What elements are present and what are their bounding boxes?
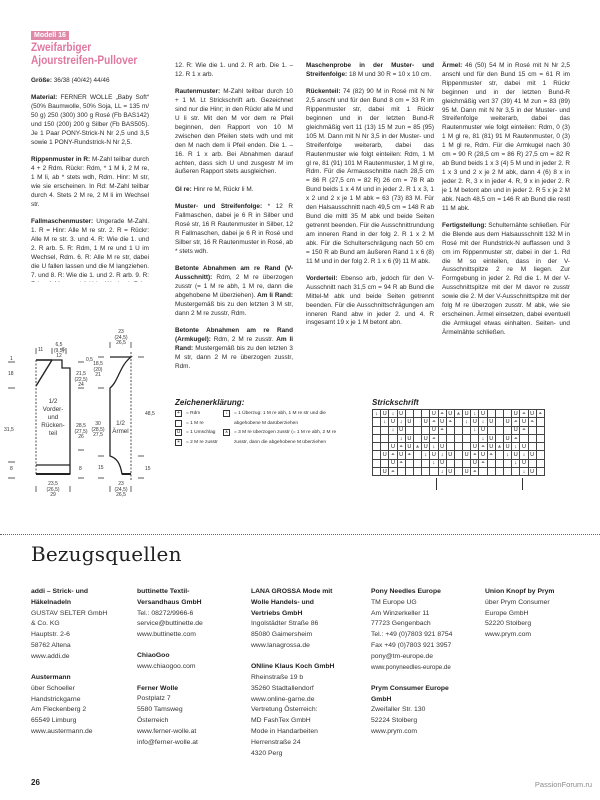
chart-cell (536, 426, 544, 434)
chart-cell (405, 459, 413, 467)
chart-cell: U (520, 418, 528, 426)
chart-cell (528, 434, 536, 442)
chart-cell (446, 434, 454, 442)
dim-body-length: 31,5 (4, 428, 14, 434)
chart-cell (413, 426, 421, 434)
section-sleeve: Ärmel: 46 (50) 54 M in Rosé mit N Nr 2,5… (442, 62, 570, 213)
chart-cell (373, 451, 381, 459)
chart-cell: ↓ (471, 426, 479, 434)
chart-cell (487, 459, 495, 467)
chart-cell: U (397, 426, 405, 434)
chart-cell (487, 468, 495, 476)
legend-item: = 1 M re (175, 419, 204, 429)
chart-cell (397, 468, 405, 476)
chart-cell (536, 451, 544, 459)
chart-row: U⩡U⩚U↓UU⩡U⩚U↓U (373, 443, 545, 451)
chart-cell (495, 459, 503, 467)
section-front: Vorderteil: Ebenso arb, jedoch für den V… (306, 275, 434, 328)
dim-cap: 18,5(20)21 (90, 362, 106, 379)
supplier-entry: Ferner WollePostplatz 75580 TamswegÖster… (137, 684, 247, 749)
chart-cell (381, 459, 389, 467)
chart-cell (381, 434, 389, 442)
section-stripe-sequence: Muster- und Streifenfolge: * 12 R Fallma… (175, 203, 293, 256)
chart-cell (405, 426, 413, 434)
section-stockinette: Gl re: Hinr re M, Rückr li M. (175, 186, 293, 195)
legend-item: ⩡= 2 M re zusstr (175, 438, 218, 448)
repeat-arrow-left (522, 478, 523, 490)
chart-cell: U (381, 468, 389, 476)
chart-cell: U (438, 459, 446, 467)
supplier-email[interactable]: info@ferner-wolle.at (137, 739, 198, 746)
chart-cell (512, 468, 520, 476)
dim-neck-half: 6 (62, 348, 65, 354)
legend-item: ↓= 1 Überzug: 1 M re abh, 1 M re str und… (223, 409, 343, 428)
chart-cell (463, 434, 471, 442)
chart-cell (495, 418, 503, 426)
suppliers-title: Bezugsquellen (31, 542, 182, 566)
chart-cell: ⩡ (512, 434, 520, 442)
chart-cell (413, 451, 421, 459)
chart-cell: ↓ (512, 443, 520, 451)
chart-cell (381, 426, 389, 434)
chart-cell (454, 468, 462, 476)
supplier-column-5: Union Knopf by Prymüber Prym ConsumerEur… (485, 587, 595, 651)
supplier-link[interactable]: www.austermann.de (31, 728, 93, 735)
dim-shoulder-drop: 1 (10, 357, 13, 363)
chart-cell: U (438, 418, 446, 426)
chart-cell (454, 426, 462, 434)
supplier-link[interactable]: www.addi.de (31, 653, 70, 660)
chart-cell (422, 468, 430, 476)
chart-cell: U (504, 443, 512, 451)
dim-cuff-right: 15 (145, 467, 151, 473)
chart-cell (536, 459, 544, 467)
chart-cell (528, 459, 536, 467)
chart-cell: ⩡ (536, 410, 544, 418)
chart-cell: U (389, 459, 397, 467)
chart-cell: U (397, 410, 405, 418)
chart-cell: U (487, 434, 495, 442)
chart-cell: U (381, 410, 389, 418)
chart-cell (373, 468, 381, 476)
chart-cell: ⩡ (438, 410, 446, 418)
dim-v-depth: 18 (8, 372, 14, 378)
chart-cell (413, 468, 421, 476)
supplier-link[interactable]: www.ponyneedles-europe.de (371, 664, 451, 671)
chart-cell: ⩡ (430, 418, 438, 426)
chart-cell: U (463, 410, 471, 418)
chart-cell (463, 426, 471, 434)
section-finishing: Fertigstellung: Schulternähte schließen.… (442, 222, 570, 338)
chart-cell: U (446, 410, 454, 418)
chart-cell: ⩡ (520, 410, 528, 418)
model-tag: Modell 16 (31, 31, 69, 40)
chart-cell (504, 459, 512, 467)
supplier-entry: addi – Strick- undHäkelnadelnGUSTAV SELT… (31, 587, 141, 663)
chart-cell: ↓ (397, 418, 405, 426)
text-column-4: Ärmel: 46 (50) 54 M in Rosé mit N Nr 2,5… (442, 62, 570, 346)
chart-cell (504, 468, 512, 476)
text-column-2: 12. R: Wie die 1. und 2. R arb. Die 1. –… (175, 62, 293, 380)
chart-row: ↓UU⩡↓UU⩡ (373, 434, 545, 442)
chart-cell (471, 434, 479, 442)
supplier-entry: LANA GROSSA Mode mitWolle Handels- undVe… (251, 587, 371, 652)
repeat-arrow-right (436, 478, 437, 490)
supplier-link[interactable]: www.online-garne.de (251, 696, 314, 703)
symbol-legend: Zeichenerklärung: += Rdm = 1 M re U= 1 U… (175, 398, 365, 449)
chart-cell (495, 468, 503, 476)
dim-sleeve-width: 23(24,5)26,5 (112, 482, 130, 499)
chart-cell (405, 468, 413, 476)
chart-cell (495, 410, 503, 418)
chart-cell: U (479, 426, 487, 434)
text-column-1: Modell 16 Zweifarbiger Ajourstreifen-Pul… (31, 0, 149, 291)
chart-cell (413, 434, 421, 442)
chart-cell: ⩡ (528, 418, 536, 426)
chart-cell (463, 443, 471, 451)
chart-cell (438, 434, 446, 442)
chart-cell: U (405, 434, 413, 442)
chart-cell (463, 459, 471, 467)
section-divider (0, 534, 600, 535)
supplier-column-3: LANA GROSSA Mode mitWolle Handels- undVe… (251, 587, 371, 770)
chart-cell: U (438, 443, 446, 451)
chart-cell (504, 410, 512, 418)
page-number: 26 (31, 778, 40, 787)
supplier-link[interactable]: www.prym.com (371, 728, 417, 735)
chart-cell: U (430, 451, 438, 459)
chart-cell (504, 426, 512, 434)
chart-cell (454, 434, 462, 442)
chart-cell: ↓ (463, 418, 471, 426)
chart-row: ↓UU⩡↓UU⩡ (373, 426, 545, 434)
chart-cell: ↓ (438, 451, 446, 459)
chart-cell (405, 410, 413, 418)
supplier-column-2: buttinette Textil-Versandhaus GmbHTel.: … (137, 587, 247, 759)
chart-cell: U (422, 418, 430, 426)
chart-cell: U (512, 410, 520, 418)
dim-rib-right: 8 (79, 467, 82, 473)
chart-cell: U (528, 410, 536, 418)
chart-cell: U (446, 451, 454, 459)
chart-cell: U (463, 451, 471, 459)
chart-cell: U (512, 451, 520, 459)
chart-cell (487, 426, 495, 434)
chart-row: U⩡↓UU⩡↓U (373, 459, 545, 467)
chart-cell: U (446, 468, 454, 476)
chart-cell: ↓ (512, 459, 520, 467)
chart-cell (422, 459, 430, 467)
chart-cell: ⩡ (471, 468, 479, 476)
chart-cell: ↓ (389, 426, 397, 434)
chart-cell (373, 443, 381, 451)
text-column-3: Maschenprobe in der Muster- und Streifen… (306, 62, 434, 337)
chart-cell (413, 418, 421, 426)
dim-armhole: 21,5(22,5)24 (72, 372, 90, 389)
chart-cell (520, 434, 528, 442)
chart-cell (536, 434, 544, 442)
chart-row: U⩡U⩡↓U↓UU⩡U⩡↓U↓U (373, 451, 545, 459)
chart-cell (536, 443, 544, 451)
chart-cell: U (405, 418, 413, 426)
chart-cell: U (422, 443, 430, 451)
chart-cell: U (471, 418, 479, 426)
chart-cell: ↓ (373, 410, 381, 418)
chart-cell (454, 451, 462, 459)
supplier-entry: Union Knopf by Prymüber Prym ConsumerEur… (485, 587, 595, 641)
chart-cell: U (422, 434, 430, 442)
chart-cell: U (471, 443, 479, 451)
supplier-link[interactable]: www.chiaogoo.com (137, 663, 196, 670)
knit-symbol-icon (175, 420, 182, 427)
legend-item: ⩚= 3 M re überzogen zusstr (= 1 M re abh… (223, 428, 343, 447)
chart-cell: ⩚ (495, 443, 503, 451)
chart-row: ↓U↓UU⩡U⩡↓U↓UU⩡U⩡ (373, 418, 545, 426)
chart-grid: ↓U↓UU⩡U⩚U↓UU⩡U⩡↓U↓UU⩡U⩡↓U↓UU⩡U⩡↓UU⩡↓UU⩡↓… (372, 409, 545, 476)
chart-row: U⩡↓UU⩡↓U (373, 468, 545, 476)
chart-row: ↓U↓UU⩡U⩚U↓UU⩡U⩡ (373, 410, 545, 418)
chart-cell: U (520, 443, 528, 451)
chart-cell: ⩡ (389, 451, 397, 459)
chart-cell: ↓ (397, 434, 405, 442)
chart-cell: U (389, 418, 397, 426)
chart-cell: ↓ (479, 418, 487, 426)
legend-item: += Rdm (175, 409, 200, 419)
supplier-column-1: addi – Strick- undHäkelnadelnGUSTAV SELT… (31, 587, 141, 748)
section-diamond-pattern: Rautenmuster: M-Zahl teilbar durch 10 + … (175, 88, 293, 177)
chart-cell: U (430, 426, 438, 434)
chart-cell: ⩡ (512, 418, 520, 426)
chart-cell (381, 443, 389, 451)
skp-symbol-icon: ↓ (223, 410, 230, 417)
k2tog-symbol-icon: ⩡ (175, 439, 182, 446)
chart-cell: ⩡ (520, 426, 528, 434)
chart-cell (446, 426, 454, 434)
chart-cell: ↓ (520, 468, 528, 476)
chart-cell: ⩡ (446, 418, 454, 426)
supplier-email[interactable]: service@buttinette.de (137, 620, 203, 627)
dim-side: 28,5(27,5)26 (72, 424, 90, 441)
chart-cell: ⩡ (471, 451, 479, 459)
chart-cell (495, 426, 503, 434)
chart-cell: ⩡ (397, 459, 405, 467)
chart-cell: ⩡ (397, 443, 405, 451)
supplier-entry: buttinette Textil-Versandhaus GmbHTel.: … (137, 587, 247, 641)
chart-cell (373, 418, 381, 426)
chart-cell: ⩚ (413, 443, 421, 451)
chart-cell: ⩡ (438, 426, 446, 434)
chart-cell: U (389, 443, 397, 451)
body-piece-label: 1/2Vorder-undRücken-teil (36, 398, 70, 438)
chart-cell: U (430, 410, 438, 418)
chart-cell (495, 434, 503, 442)
section-drop-stitch: Fallmaschenmuster: Ungerade M-Zahl. 1. R… (31, 218, 149, 282)
sk2p-symbol-icon: ⩚ (223, 429, 230, 436)
chart-cell: ⩡ (479, 443, 487, 451)
supplier-entry: ONline Klaus Koch GmbHRheinstraße 19 b35… (251, 662, 371, 759)
dim-sleeve-total: 48,5 (145, 412, 155, 418)
supplier-column-4: Pony Needles EuropeTM Europe UGAm Winzer… (371, 587, 491, 748)
chart-cell: ↓ (504, 451, 512, 459)
chart-cell: U (487, 418, 495, 426)
chart-cell: U (528, 451, 536, 459)
chart-cell: ↓ (479, 434, 487, 442)
chart-cell: U (512, 426, 520, 434)
chart-title: Strickschrift (372, 398, 545, 407)
supplier-link[interactable]: www.buttinette.com (137, 631, 196, 638)
chart-cell: U (381, 451, 389, 459)
chart-cell (528, 426, 536, 434)
chart-cell (422, 426, 430, 434)
legend-item: U= 1 Umschlag (175, 428, 215, 438)
supplier-link[interactable]: www.lanagrossa.de (251, 642, 310, 649)
chart-cell: U (504, 418, 512, 426)
chart-cell: ↓ (430, 459, 438, 467)
chart-cell: ↓ (430, 443, 438, 451)
section-rib-pattern: Rippenmuster in R: M-Zahl teilbar durch … (31, 156, 149, 209)
chart-cell (430, 468, 438, 476)
chart-cell: ⩚ (454, 410, 462, 418)
chart-cell: ↓ (389, 410, 397, 418)
chart-cell: ⩡ (487, 451, 495, 459)
chart-cell: U (504, 434, 512, 442)
dim-cuff: 15 (98, 466, 104, 472)
chart-cell (536, 468, 544, 476)
chart-cell (373, 459, 381, 467)
supplier-entry: ChiaoGoowww.chiaogoo.com (137, 651, 247, 673)
chart-cell: ⩡ (479, 459, 487, 467)
chart-cell (454, 418, 462, 426)
dim-sleeve-len: 30(28,5)27,5 (90, 422, 106, 439)
chart-cell: ↓ (471, 410, 479, 418)
chart-cell (373, 426, 381, 434)
sleeve-piece-label: 1/2Ärmel (110, 420, 131, 436)
section-gauge: Maschenprobe in der Muster- und Streifen… (306, 62, 434, 80)
pattern-title: Zweifarbiger Ajourstreifen-Pullover (31, 42, 135, 68)
chart-cell (446, 459, 454, 467)
chart-cell (536, 418, 544, 426)
chart-cell: U (520, 459, 528, 467)
section-material: Material: FERNER WOLLE „Baby Soft“ (50% … (31, 94, 149, 147)
selvedge-symbol-icon: + (175, 410, 182, 417)
chart-cell: U (528, 468, 536, 476)
chart-cell: ⩡ (430, 434, 438, 442)
chart-cell (454, 443, 462, 451)
dim-shoulder: 11 (38, 348, 43, 354)
supplier-link[interactable]: www.prym.com (485, 631, 531, 638)
chart-cell: U (463, 468, 471, 476)
section-back: Rückenteil: 74 (82) 90 M in Rosé mit N N… (306, 88, 434, 266)
dim-rib: 8 (10, 467, 13, 473)
chart-cell: U (487, 443, 495, 451)
chart-cell (479, 468, 487, 476)
chart-cell: U (479, 451, 487, 459)
section-size: Größe: 36/38 (40/42) 44/46 (31, 77, 149, 86)
chart-cell: U (405, 443, 413, 451)
chart-cell (422, 410, 430, 418)
watermark: PassionForum.ru (535, 780, 592, 789)
chart-cell: ↓ (422, 451, 430, 459)
legend-title: Zeichenerklärung: (175, 398, 365, 407)
chart-cell: U (479, 410, 487, 418)
dim-sleeve-top: 23(24,5)26,5 (112, 330, 130, 347)
chart-cell (528, 443, 536, 451)
chart-cell (495, 451, 503, 459)
chart-cell (413, 459, 421, 467)
chart-cell: ↓ (520, 451, 528, 459)
chart-cell (373, 434, 381, 442)
dim-body-width: 23,5(26,5)29 (44, 482, 62, 499)
supplier-entry: Pony Needles EuropeTM Europe UGAm Winzer… (371, 587, 491, 673)
section-decrease-v: Betonte Abnahmen am re Rand (V-Ausschnit… (175, 265, 293, 318)
chart-cell: ⩡ (405, 451, 413, 459)
supplier-link[interactable]: www.ferner-wolle.at (137, 728, 196, 735)
chart-cell: ↓ (438, 468, 446, 476)
supplier-entry: Prym Consumer EuropeGmbHZweifaller Str. … (371, 684, 491, 738)
supplier-entry: Austermannüber SchoellerHandstrickgarneA… (31, 673, 141, 738)
chart-cell: U (471, 459, 479, 467)
chart-cell (413, 410, 421, 418)
yarn-over-symbol-icon: U (175, 429, 182, 436)
chart-cell: ⩡ (389, 468, 397, 476)
chart-cell (446, 443, 454, 451)
section-drop-stitch-cont: 12. R: Wie die 1. und 2. R arb. Die 1. –… (175, 62, 293, 80)
knitting-chart: Strickschrift ↓U↓UU⩡U⩚U↓UU⩡U⩡↓U↓UU⩡U⩡↓U↓… (372, 398, 545, 476)
chart-cell (454, 459, 462, 467)
chart-cell (389, 434, 397, 442)
chart-cell: U (397, 451, 405, 459)
chart-cell (487, 410, 495, 418)
chart-cell: ↓ (381, 418, 389, 426)
supplier-email[interactable]: pony@tm-europe.de (371, 653, 433, 660)
